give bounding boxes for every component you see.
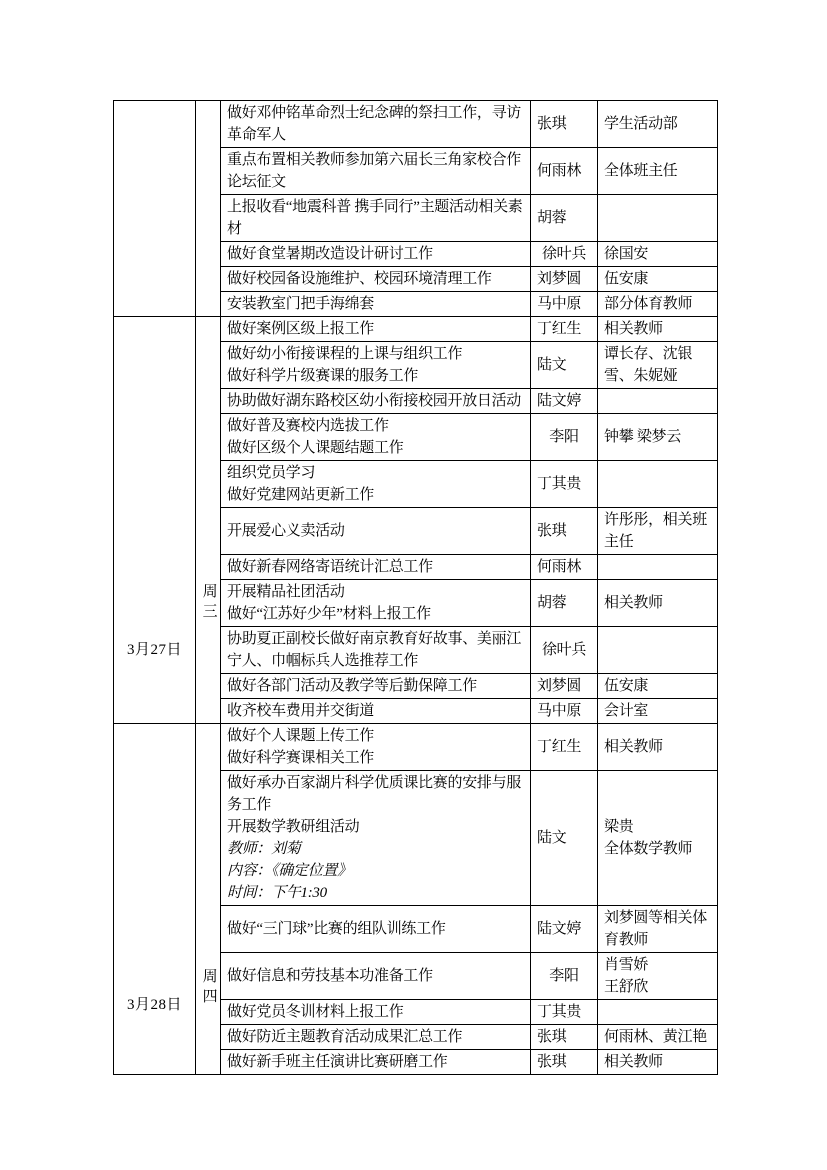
task-line: 开展爱心义卖活动 xyxy=(227,520,524,542)
task-cell: 做好邓仲铭革命烈士纪念碑的祭扫工作，寻访革命军人 xyxy=(221,101,531,148)
task-line: 做好“江苏好少年”材料上报工作 xyxy=(227,603,524,625)
task-line: 做好邓仲铭革命烈士纪念碑的祭扫工作，寻访革命军人 xyxy=(227,102,524,146)
task-line: 内容：《确定位置》 xyxy=(227,860,524,882)
task-cell: 协助夏正副校长做好南京教育好故事、美丽江宁人、巾帼标兵人选推荐工作 xyxy=(221,627,531,674)
related-cell: 何雨林、黄江艳 xyxy=(598,1025,718,1050)
related-line: 何雨林、黄江艳 xyxy=(604,1026,711,1048)
task-line: 教师：刘菊 xyxy=(227,838,524,860)
task-line: 做好校园备设施维护、校园环境清理工作 xyxy=(227,268,524,290)
task-line: 做好新手班主任演讲比赛研磨工作 xyxy=(227,1051,524,1073)
related-line: 相关教师 xyxy=(604,1051,711,1073)
person-name: 丁红生 xyxy=(537,736,591,758)
person-name: 陆文婷 xyxy=(537,390,591,412)
task-line: 做好案例区级上报工作 xyxy=(227,318,524,340)
weekday-cell: 周三 xyxy=(196,317,221,724)
related-cell: 相关教师 xyxy=(598,724,718,771)
person-name: 李阳 xyxy=(537,426,591,448)
task-line: 开展精品社团活动 xyxy=(227,581,524,603)
person-name: 何雨林 xyxy=(537,556,591,578)
related-cell: 徐国安 xyxy=(598,242,718,267)
task-line: 协助做好湖东路校区幼小衔接校园开放日活动 xyxy=(227,390,524,412)
related-line: 会计室 xyxy=(604,700,711,722)
date-cell: 3月27日 xyxy=(114,317,196,724)
task-cell: 开展精品社团活动做好“江苏好少年”材料上报工作 xyxy=(221,580,531,627)
weekday-label: 周四 xyxy=(202,967,218,1007)
related-cell: 相关教师 xyxy=(598,580,718,627)
table-row: 3月28日周四做好个人课题上传工作做好科学赛课相关工作丁红生相关教师 xyxy=(114,724,718,771)
task-cell: 做好新手班主任演讲比赛研磨工作 xyxy=(221,1050,531,1075)
task-line: 做好区级个人课题结题工作 xyxy=(227,437,524,459)
weekday-label: 周三 xyxy=(202,582,218,622)
related-cell xyxy=(598,555,718,580)
person-cell: 刘梦圆 xyxy=(531,674,598,699)
task-cell: 收齐校车费用并交街道 xyxy=(221,699,531,724)
task-cell: 协助做好湖东路校区幼小衔接校园开放日活动 xyxy=(221,389,531,414)
task-cell: 做好信息和劳技基本功准备工作 xyxy=(221,953,531,1000)
task-line: 做好新春网络寄语统计汇总工作 xyxy=(227,556,524,578)
task-line: 做好防近主题教育活动成果汇总工作 xyxy=(227,1026,524,1048)
related-line: 刘梦圆等相关体育教师 xyxy=(604,907,711,951)
person-name: 丁其贵 xyxy=(537,473,591,495)
related-line: 相关教师 xyxy=(604,736,711,758)
task-cell: 做好承办百家湖片科学优质课比赛的安排与服务工作开展数学教研组活动教师：刘菊内容：… xyxy=(221,771,531,906)
person-name: 徐叶兵 xyxy=(537,639,591,661)
task-line: 做好科学片级赛课的服务工作 xyxy=(227,365,524,387)
related-cell: 全体班主任 xyxy=(598,148,718,195)
related-line: 伍安康 xyxy=(604,268,711,290)
related-line: 许彤彤，相关班主任 xyxy=(604,509,711,553)
person-cell: 陆文 xyxy=(531,342,598,389)
weekday-cell xyxy=(196,101,221,317)
person-cell: 徐叶兵 xyxy=(531,627,598,674)
task-cell: 做好幼小衔接课程的上课与组织工作做好科学片级赛课的服务工作 xyxy=(221,342,531,389)
task-cell: 上报收看“地震科普 携手同行”主题活动相关素材 xyxy=(221,195,531,242)
related-cell xyxy=(598,627,718,674)
date-cell xyxy=(114,101,196,317)
person-cell: 陆文婷 xyxy=(531,906,598,953)
related-cell: 许彤彤，相关班主任 xyxy=(598,508,718,555)
related-cell: 部分体育教师 xyxy=(598,292,718,317)
person-cell: 丁红生 xyxy=(531,724,598,771)
related-line: 部分体育教师 xyxy=(604,293,711,315)
task-line: 做好幼小衔接课程的上课与组织工作 xyxy=(227,343,524,365)
person-name: 李阳 xyxy=(537,965,591,987)
related-cell: 相关教师 xyxy=(598,1050,718,1075)
date-label: 3月28日 xyxy=(120,994,189,1016)
person-cell: 李阳 xyxy=(531,414,598,461)
schedule-table: 做好邓仲铭革命烈士纪念碑的祭扫工作，寻访革命军人张琪学生活动部重点布置相关教师参… xyxy=(113,100,718,1075)
person-name: 丁其贵 xyxy=(537,1001,591,1023)
person-name: 胡蓉 xyxy=(537,592,591,614)
related-line: 全体班主任 xyxy=(604,160,711,182)
task-line: 做好食堂暑期改造设计研讨工作 xyxy=(227,243,524,265)
person-cell: 胡蓉 xyxy=(531,195,598,242)
task-line: 做好承办百家湖片科学优质课比赛的安排与服务工作 xyxy=(227,772,524,816)
related-line: 全体数学教师 xyxy=(604,838,711,860)
person-name: 张琪 xyxy=(537,520,591,542)
person-cell: 张琪 xyxy=(531,101,598,148)
related-cell xyxy=(598,389,718,414)
task-line: 组织党员学习 xyxy=(227,462,524,484)
task-cell: 做好普及赛校内选拔工作做好区级个人课题结题工作 xyxy=(221,414,531,461)
task-line: 安装教室门把手海绵套 xyxy=(227,293,524,315)
task-cell: 做好党员冬训材料上报工作 xyxy=(221,1000,531,1025)
task-line: 上报收看“地震科普 携手同行”主题活动相关素材 xyxy=(227,196,524,240)
related-cell: 会计室 xyxy=(598,699,718,724)
task-cell: 做好案例区级上报工作 xyxy=(221,317,531,342)
task-cell: 做好校园备设施维护、校园环境清理工作 xyxy=(221,267,531,292)
task-cell: 重点布置相关教师参加第六届长三角家校合作论坛征文 xyxy=(221,148,531,195)
weekday-cell: 周四 xyxy=(196,724,221,1075)
task-cell: 做好“三门球”比赛的组队训练工作 xyxy=(221,906,531,953)
task-cell: 做好防近主题教育活动成果汇总工作 xyxy=(221,1025,531,1050)
document-page: 做好邓仲铭革命烈士纪念碑的祭扫工作，寻访革命军人张琪学生活动部重点布置相关教师参… xyxy=(0,0,827,1170)
related-cell: 肖雪娇王舒欣 xyxy=(598,953,718,1000)
related-line: 伍安康 xyxy=(604,675,711,697)
task-cell: 组织党员学习做好党建网站更新工作 xyxy=(221,461,531,508)
person-name: 丁红生 xyxy=(537,318,591,340)
person-name: 马中原 xyxy=(537,293,591,315)
task-line: 做好党员冬训材料上报工作 xyxy=(227,1001,524,1023)
task-cell: 安装教室门把手海绵套 xyxy=(221,292,531,317)
related-cell xyxy=(598,195,718,242)
related-line: 钟攀 梁梦云 xyxy=(604,426,711,448)
person-cell: 陆文婷 xyxy=(531,389,598,414)
person-name: 刘梦圆 xyxy=(537,675,591,697)
person-name: 徐叶兵 xyxy=(537,243,591,265)
related-cell: 钟攀 梁梦云 xyxy=(598,414,718,461)
task-line: 收齐校车费用并交街道 xyxy=(227,700,524,722)
task-line: 做好科学赛课相关工作 xyxy=(227,747,524,769)
related-cell: 谭长存、沈银雪、朱妮娅 xyxy=(598,342,718,389)
related-cell xyxy=(598,1000,718,1025)
schedule-table-body: 做好邓仲铭革命烈士纪念碑的祭扫工作，寻访革命军人张琪学生活动部重点布置相关教师参… xyxy=(114,101,718,1075)
related-cell: 刘梦圆等相关体育教师 xyxy=(598,906,718,953)
person-cell: 马中原 xyxy=(531,292,598,317)
person-cell: 丁其贵 xyxy=(531,461,598,508)
related-cell: 伍安康 xyxy=(598,674,718,699)
related-cell: 学生活动部 xyxy=(598,101,718,148)
person-name: 胡蓉 xyxy=(537,207,591,229)
person-name: 张琪 xyxy=(537,113,591,135)
task-cell: 做好个人课题上传工作做好科学赛课相关工作 xyxy=(221,724,531,771)
date-cell: 3月28日 xyxy=(114,724,196,1075)
task-cell: 开展爱心义卖活动 xyxy=(221,508,531,555)
related-line: 相关教师 xyxy=(604,592,711,614)
task-line: 做好信息和劳技基本功准备工作 xyxy=(227,965,524,987)
related-line: 学生活动部 xyxy=(604,113,711,135)
person-cell: 徐叶兵 xyxy=(531,242,598,267)
related-line: 相关教师 xyxy=(604,318,711,340)
related-line: 谭长存、沈银雪、朱妮娅 xyxy=(604,343,711,387)
person-name: 张琪 xyxy=(537,1026,591,1048)
task-line: 开展数学教研组活动 xyxy=(227,816,524,838)
person-cell: 张琪 xyxy=(531,1050,598,1075)
person-name: 张琪 xyxy=(537,1051,591,1073)
person-name: 陆文婷 xyxy=(537,918,591,940)
related-cell xyxy=(598,461,718,508)
task-cell: 做好新春网络寄语统计汇总工作 xyxy=(221,555,531,580)
task-line: 协助夏正副校长做好南京教育好故事、美丽江宁人、巾帼标兵人选推荐工作 xyxy=(227,628,524,672)
task-line: 做好普及赛校内选拔工作 xyxy=(227,415,524,437)
person-cell: 马中原 xyxy=(531,699,598,724)
person-cell: 李阳 xyxy=(531,953,598,1000)
task-line: 时间：下午1:30 xyxy=(227,882,524,904)
person-cell: 丁红生 xyxy=(531,317,598,342)
person-cell: 张琪 xyxy=(531,508,598,555)
related-cell: 相关教师 xyxy=(598,317,718,342)
related-line: 徐国安 xyxy=(604,243,711,265)
person-name: 马中原 xyxy=(537,700,591,722)
task-cell: 做好食堂暑期改造设计研讨工作 xyxy=(221,242,531,267)
task-line: 重点布置相关教师参加第六届长三角家校合作论坛征文 xyxy=(227,149,524,193)
related-cell: 梁贵全体数学教师 xyxy=(598,771,718,906)
person-cell: 胡蓉 xyxy=(531,580,598,627)
person-cell: 张琪 xyxy=(531,1025,598,1050)
person-name: 刘梦圆 xyxy=(537,268,591,290)
related-cell: 伍安康 xyxy=(598,267,718,292)
table-row: 3月27日周三做好案例区级上报工作丁红生相关教师 xyxy=(114,317,718,342)
person-cell: 何雨林 xyxy=(531,148,598,195)
related-line: 梁贵 xyxy=(604,816,711,838)
person-cell: 丁其贵 xyxy=(531,1000,598,1025)
task-line: 做好各部门活动及教学等后勤保障工作 xyxy=(227,675,524,697)
task-cell: 做好各部门活动及教学等后勤保障工作 xyxy=(221,674,531,699)
task-line: 做好个人课题上传工作 xyxy=(227,725,524,747)
related-line: 王舒欣 xyxy=(604,976,711,998)
person-cell: 何雨林 xyxy=(531,555,598,580)
related-line: 肖雪娇 xyxy=(604,954,711,976)
table-row: 做好邓仲铭革命烈士纪念碑的祭扫工作，寻访革命军人张琪学生活动部 xyxy=(114,101,718,148)
person-cell: 陆文 xyxy=(531,771,598,906)
task-line: 做好党建网站更新工作 xyxy=(227,484,524,506)
person-name: 何雨林 xyxy=(537,160,591,182)
person-cell: 刘梦圆 xyxy=(531,267,598,292)
task-line: 做好“三门球”比赛的组队训练工作 xyxy=(227,918,524,940)
person-name: 陆文 xyxy=(537,354,591,376)
person-name: 陆文 xyxy=(537,827,591,849)
date-label: 3月27日 xyxy=(120,639,189,661)
